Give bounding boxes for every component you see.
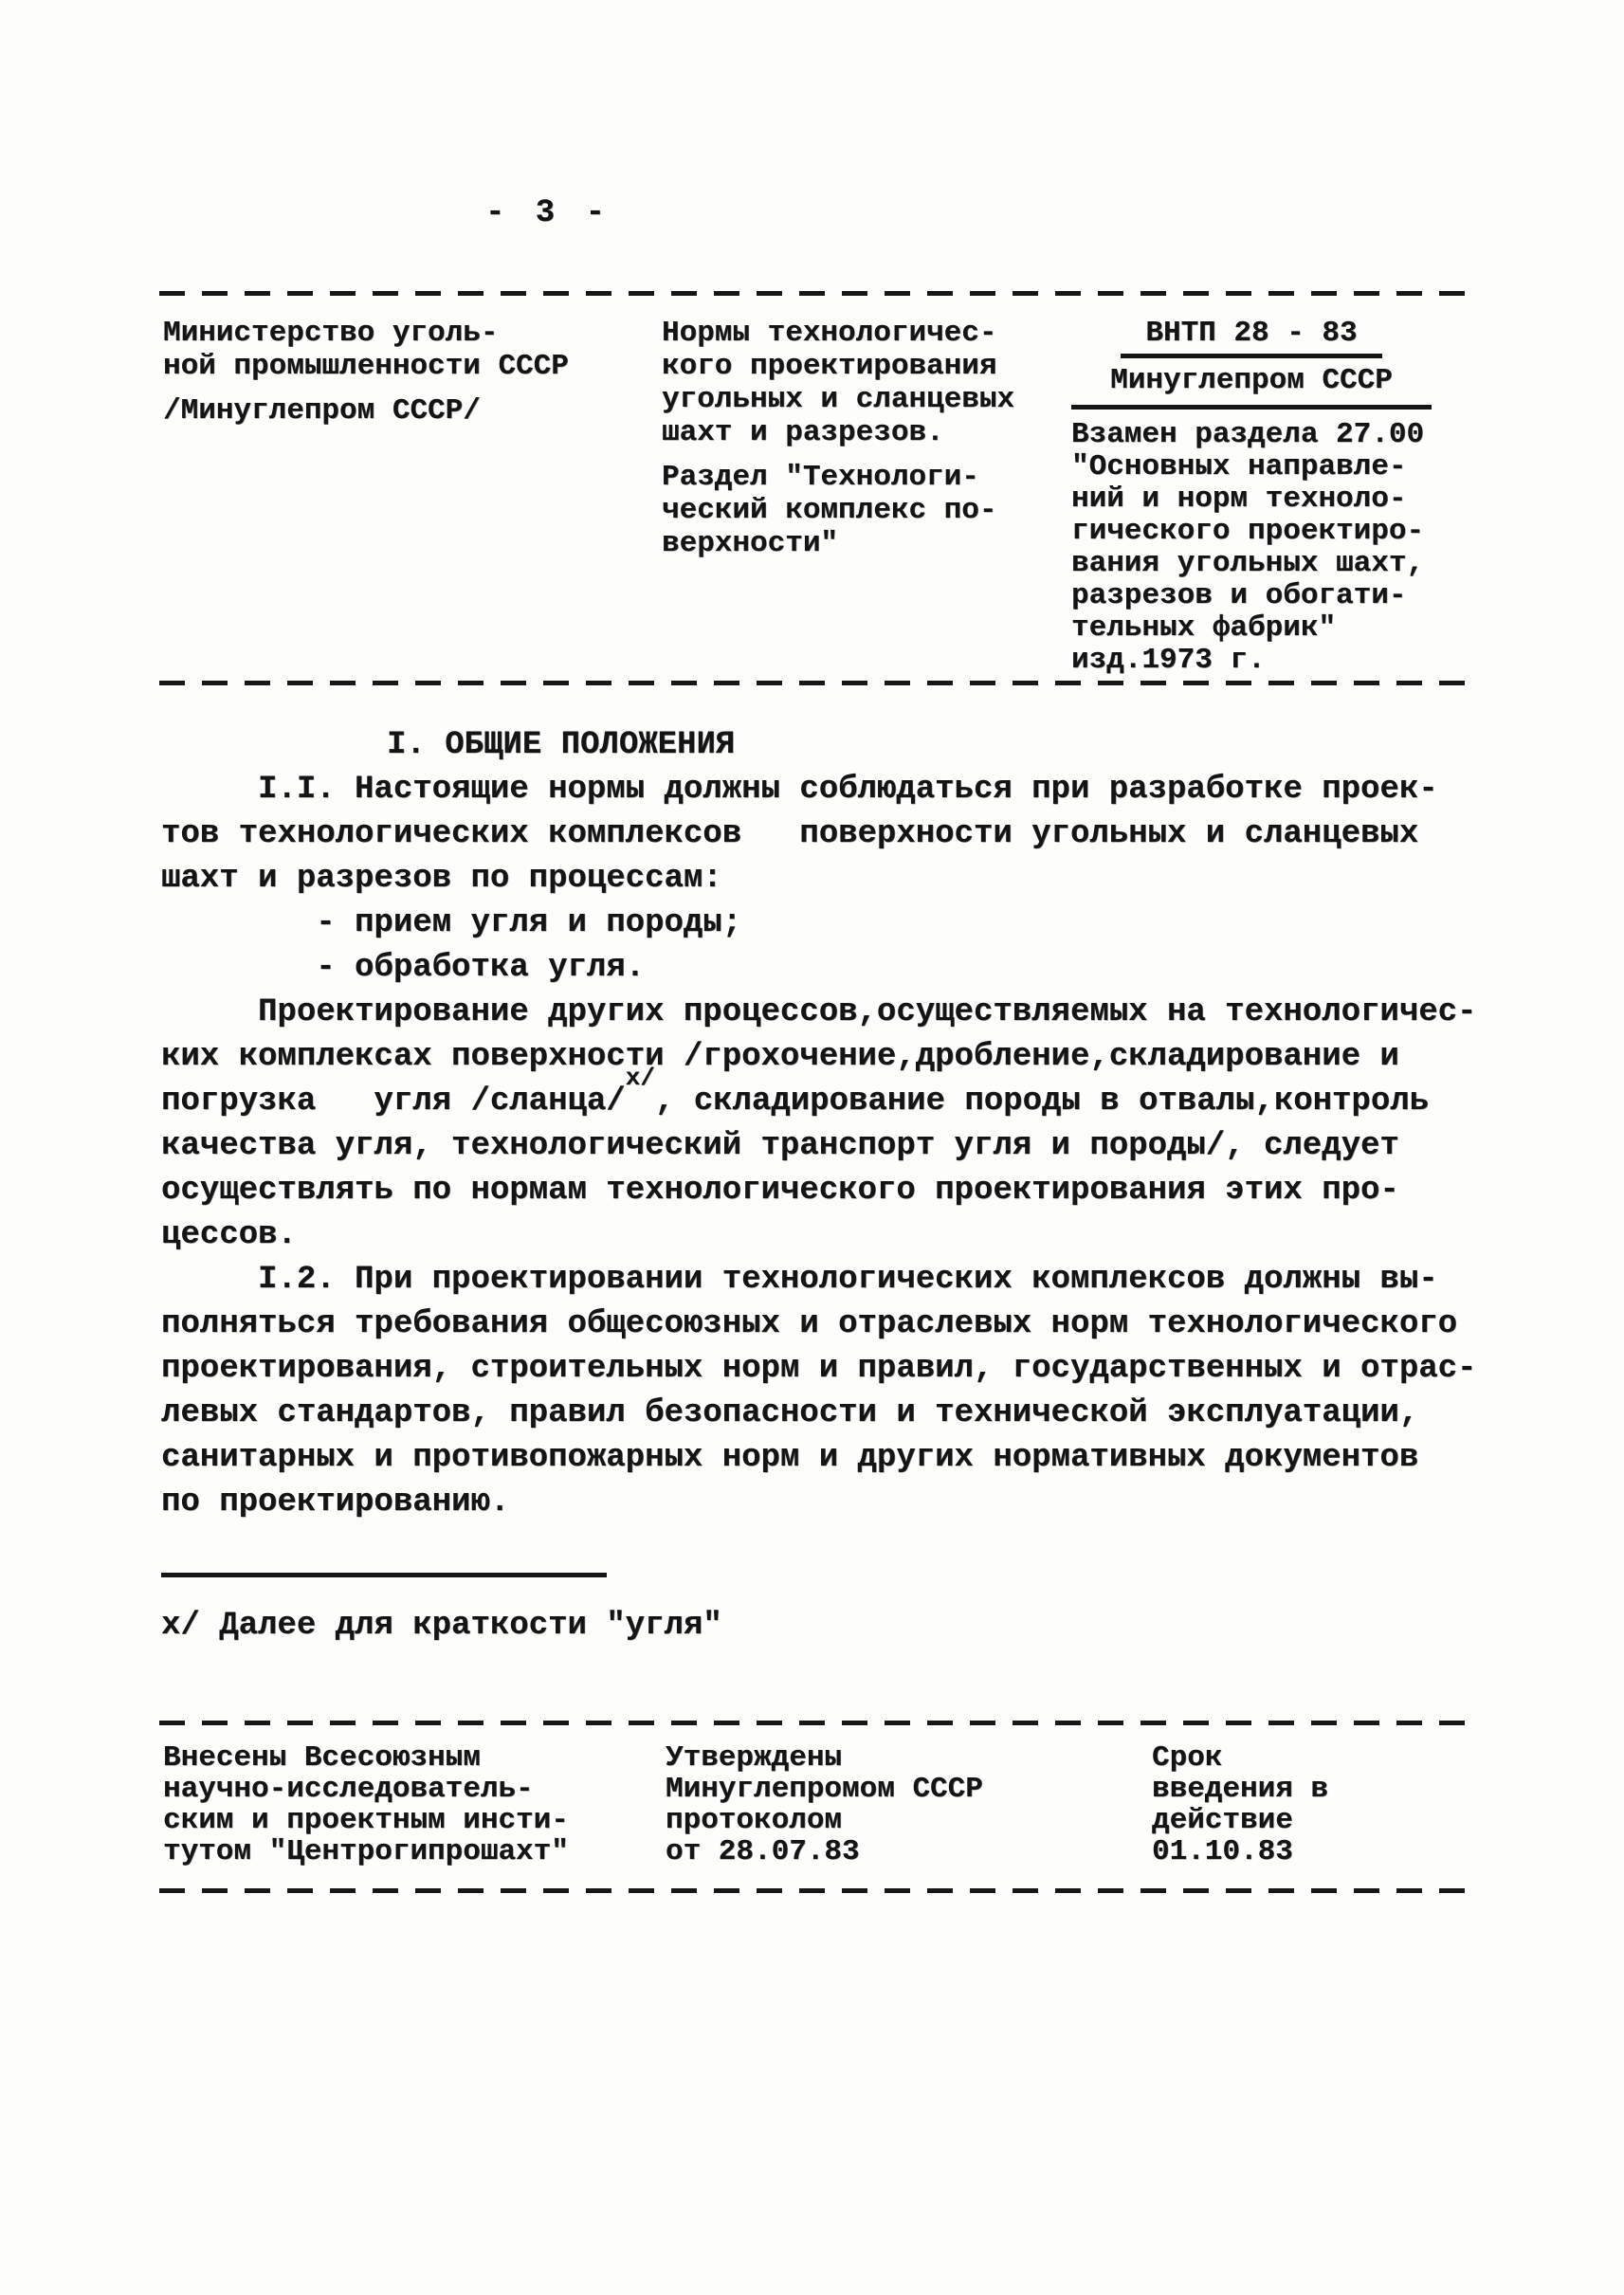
document-code-wrap: ВНТП 28 - 83 bbox=[1071, 317, 1432, 358]
header-norms-column: Нормы технологичес- кого проектирования … bbox=[662, 317, 1071, 560]
header-ministry-column: Министерство уголь- ной промышленности С… bbox=[163, 317, 662, 428]
document-body: I. ОБЩИЕ ПОЛОЖЕНИЯ I.I. Настоящие нормы … bbox=[0, 723, 1624, 1525]
document-code: ВНТП 28 - 83 bbox=[1121, 317, 1381, 358]
divider-dashed-header-bottom bbox=[159, 681, 1466, 685]
page-number: - 3 - bbox=[485, 194, 1624, 232]
header-code-column: ВНТП 28 - 83 Минуглепром СССР Взамен раз… bbox=[1071, 317, 1432, 677]
divider-dashed-header-top bbox=[159, 291, 1466, 296]
norms-section: Раздел "Технологи- ческий комплекс по- в… bbox=[662, 461, 1071, 560]
replaces-note: Взамен раздела 27.00 "Основных направле-… bbox=[1071, 419, 1432, 677]
document-page: - 3 - Министерство уголь- ной промышленн… bbox=[0, 0, 1624, 2295]
paragraph-1-2: I.2. При проектировании технологических … bbox=[161, 1258, 1624, 1525]
document-header: Министерство уголь- ной промышленности С… bbox=[0, 317, 1624, 677]
document-footer: Внесены Всесоюзным научно-исследователь-… bbox=[0, 1742, 1624, 1867]
code-organization: Минуглепром СССР bbox=[1071, 364, 1432, 397]
ministry-name: Министерство уголь- ной промышленности С… bbox=[163, 317, 662, 383]
divider-dashed-footer-bottom bbox=[159, 1888, 1466, 1893]
effective-date: Срок введения в действие 01.10.83 bbox=[1152, 1742, 1465, 1867]
footnote-rule bbox=[161, 1573, 607, 1577]
divider-solid-code bbox=[1071, 405, 1432, 410]
section-heading: I. ОБЩИЕ ПОЛОЖЕНИЯ bbox=[0, 723, 1624, 768]
spacer bbox=[163, 383, 662, 394]
footnote-marker: х/ bbox=[626, 1064, 655, 1092]
divider-dashed-footer-top bbox=[159, 1721, 1466, 1725]
paragraph-other-processes: Проектирование других процессов,осуществ… bbox=[161, 991, 1624, 1258]
norms-title: Нормы технологичес- кого проектирования … bbox=[662, 317, 1071, 449]
ministry-abbrev: /Минуглепром СССР/ bbox=[163, 394, 662, 428]
submitted-by: Внесены Всесоюзным научно-исследователь-… bbox=[163, 1742, 666, 1867]
spacer bbox=[662, 449, 1071, 461]
approved-by: Утверждены Минуглепромом СССР протоколом… bbox=[666, 1742, 1152, 1867]
paragraph-1-1: I.I. Настоящие нормы должны соблюдаться … bbox=[161, 768, 1624, 991]
footnote-text: х/ Далее для краткости "угля" bbox=[161, 1604, 1624, 1648]
